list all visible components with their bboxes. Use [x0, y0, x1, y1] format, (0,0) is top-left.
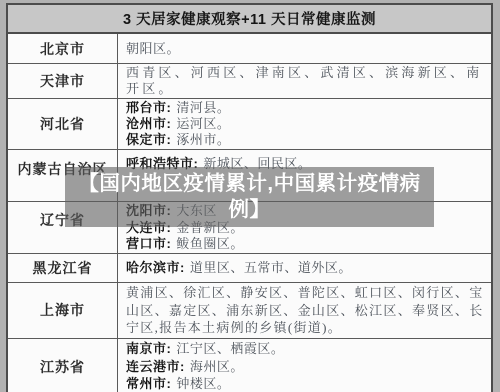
districts-cell: 南京市:江宁区、栖霞区。 连云港市:海州区。 常州市:钟楼区。	[118, 339, 491, 392]
district-line: 朝阳区。	[126, 41, 485, 57]
province-label: 河北省	[40, 114, 85, 134]
district-line: 常州市:钟楼区。	[126, 376, 485, 392]
caption-overlay: 【国内地区疫情累计,中国累计疫情病例】	[65, 167, 434, 227]
province-label: 北京市	[40, 39, 85, 59]
province-cell: 江苏省	[8, 339, 118, 392]
districts-cell: 黄浦区、徐汇区、静安区、普陀区、虹口区、闵行区、宝山区、嘉定区、浦东新区、金山区…	[118, 283, 491, 338]
table-row-shanghai: 上海市 黄浦区、徐汇区、静安区、普陀区、虹口区、闵行区、宝山区、嘉定区、浦东新区…	[8, 283, 491, 339]
districts-cell: 朝阳区。	[118, 34, 491, 63]
province-label: 江苏省	[40, 357, 85, 377]
district-line: 哈尔滨市:道里区、五常市、道外区。	[126, 260, 485, 276]
districts-cell: 西青区、河西区、津南区、武清区、滨海新区、南开区。	[118, 64, 491, 98]
table-title: 3 天居家健康观察+11 天日常健康监测	[123, 8, 376, 29]
district-line: 南京市:江宁区、栖霞区。	[126, 341, 485, 357]
table-row-beijing: 北京市 朝阳区。	[8, 34, 491, 64]
province-cell: 天津市	[8, 64, 118, 98]
district-line: 连云港市:海州区。	[126, 359, 485, 375]
district-line: 黄浦区、徐汇区、静安区、普陀区、虹口区、闵行区、宝山区、嘉定区、浦东新区、金山区…	[126, 284, 485, 337]
table-row-heilongjiang: 黑龙江省 哈尔滨市:道里区、五常市、道外区。	[8, 254, 491, 283]
table-header: 3 天居家健康观察+11 天日常健康监测	[8, 5, 491, 34]
province-cell: 上海市	[8, 283, 118, 338]
province-label: 上海市	[40, 300, 85, 320]
caption-overlay-text: 【国内地区疫情累计,中国累计疫情病例】	[78, 172, 420, 221]
table-row-jiangsu: 江苏省 南京市:江宁区、栖霞区。 连云港市:海州区。 常州市:钟楼区。	[8, 339, 491, 392]
province-label: 黑龙江省	[33, 258, 93, 278]
province-cell: 北京市	[8, 34, 118, 63]
table-row-hebei: 河北省 邢台市:清河县。 沧州市:运河区。 保定市:涿州市。	[8, 99, 491, 150]
district-line: 邢台市:清河县。	[126, 100, 485, 116]
district-line: 营口市:鲅鱼圈区。	[126, 236, 485, 252]
districts-cell: 哈尔滨市:道里区、五常市、道外区。	[118, 254, 491, 282]
province-label: 天津市	[40, 71, 85, 91]
table-row-tianjin: 天津市 西青区、河西区、津南区、武清区、滨海新区、南开区。	[8, 64, 491, 99]
province-cell: 河北省	[8, 99, 118, 149]
district-line: 沧州市:运河区。	[126, 116, 485, 132]
district-line: 西青区、河西区、津南区、武清区、滨海新区、南开区。	[126, 65, 485, 97]
province-cell: 黑龙江省	[8, 254, 118, 282]
district-line: 保定市:涿州市。	[126, 132, 485, 148]
districts-cell: 邢台市:清河县。 沧州市:运河区。 保定市:涿州市。	[118, 99, 491, 149]
